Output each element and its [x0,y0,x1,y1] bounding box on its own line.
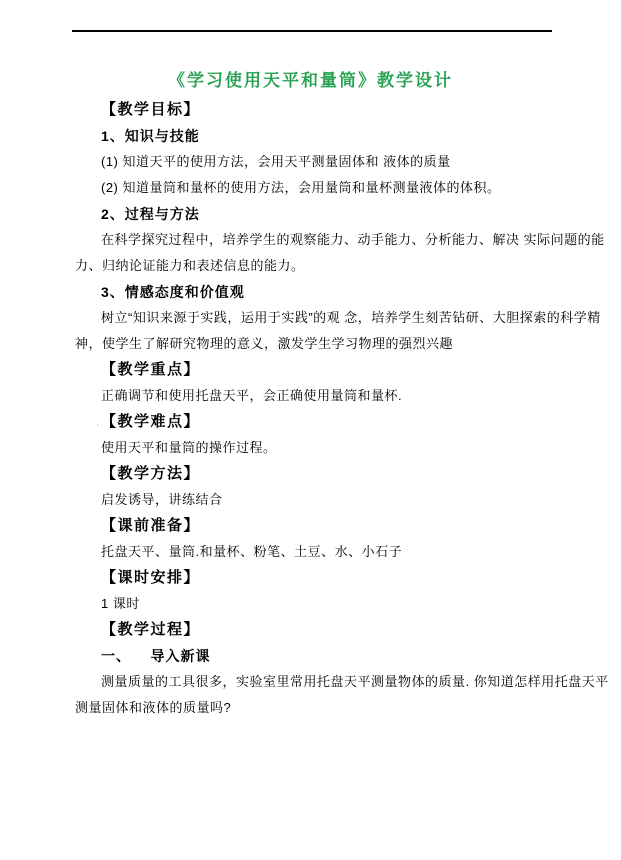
page-title: 《学习使用天平和量筒》教学设计 [0,66,621,91]
body-line: 神，使学生了解研究物理的意义，激发学生学习物理的强烈兴趣 [75,331,553,357]
subheading-lesson-intro: 一、 导入新课 [75,643,553,669]
header-rule [72,30,552,32]
section-heading-preparation: 【课前准备】 [75,513,553,539]
body-line: (1) 知道天平的使用方法，会用天平测量固体和 液体的质量 [75,149,553,175]
body-line: 测量质量的工具很多，实验室里常用托盘天平测量物体的质量. 你知道怎样用托盘天平 [75,669,553,695]
section-heading-text: 【教学难点】 [101,413,200,430]
section-heading-key-points: 【教学重点】 [75,357,553,383]
body-line: 在科学探究过程中，培养学生的观察能力、动手能力、分析能力、解决 实际问题的能 [75,227,553,253]
body-line: 正确调节和使用托盘天平，会正确使用量筒和量杯. [75,383,553,409]
section-heading-process: 【教学过程】 [75,617,553,643]
body-line: 1 课时 [75,591,553,617]
section-heading-difficulties: .【教学难点】 [75,409,553,435]
body-line: 力、归纳论证能力和表述信息的能力。 [75,253,553,279]
body-line: 托盘天平、量筒.和量杯、粉笔、土豆、水、小石子 [75,539,553,565]
body-line: 启发诱导，讲练结合 [75,487,553,513]
section-heading-objectives: 【教学目标】 [75,97,553,123]
subheading-process-method: 2、过程与方法 [75,201,553,227]
subheading-emotion-values: 3、情感态度和价值观 [75,279,553,305]
section-heading-schedule: 【课时安排】 [75,565,553,591]
document-page: 《学习使用天平和量筒》教学设计 【教学目标】 1、知识与技能 (1) 知道天平的… [0,0,621,860]
body-line: 使用天平和量筒的操作过程。 [75,435,553,461]
section-heading-methods: 【教学方法】 [75,461,553,487]
document-content: 【教学目标】 1、知识与技能 (1) 知道天平的使用方法，会用天平测量固体和 液… [75,97,553,721]
body-line: 树立“知识来源于实践，运用于实践”的观 念，培养学生刻苦钻研、大胆探索的科学精 [75,305,553,331]
body-line: (2) 知道量筒和量杯的使用方法，会用量筒和量杯测量液体的体积。 [75,175,553,201]
body-line: 测量固体和液体的质量吗? [75,695,553,721]
subheading-knowledge-skills: 1、知识与技能 [75,123,553,149]
